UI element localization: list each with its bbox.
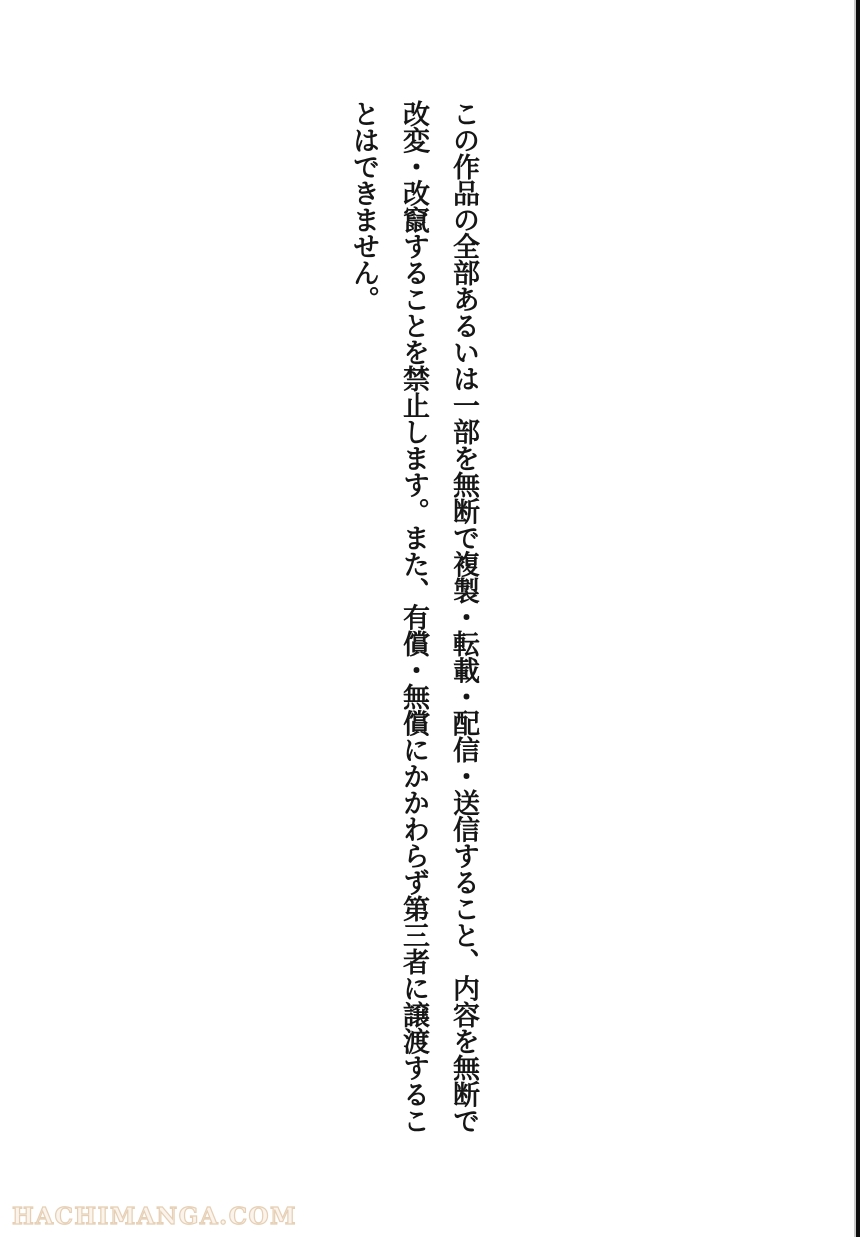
- copyright-notice-line-1: この作品の全部あるいは一部を無断で複製・転載・配信・送信すること、内容を無断で: [438, 100, 488, 1134]
- watermark-hachimanga: HACHIMANGA.COM: [12, 1203, 297, 1230]
- copyright-notice: この作品の全部あるいは一部を無断で複製・転載・配信・送信すること、内容を無断で …: [338, 100, 488, 1160]
- manga-page: この作品の全部あるいは一部を無断で複製・転載・配信・送信すること、内容を無断で …: [0, 0, 860, 1237]
- copyright-notice-line-2: 改変・改竄することを禁止します。また、有償・無償にかかわらず第三者に譲渡するこ: [388, 100, 438, 1134]
- copyright-notice-line-3: とはできません。: [338, 100, 388, 312]
- scan-edge-strip: [854, 0, 860, 1237]
